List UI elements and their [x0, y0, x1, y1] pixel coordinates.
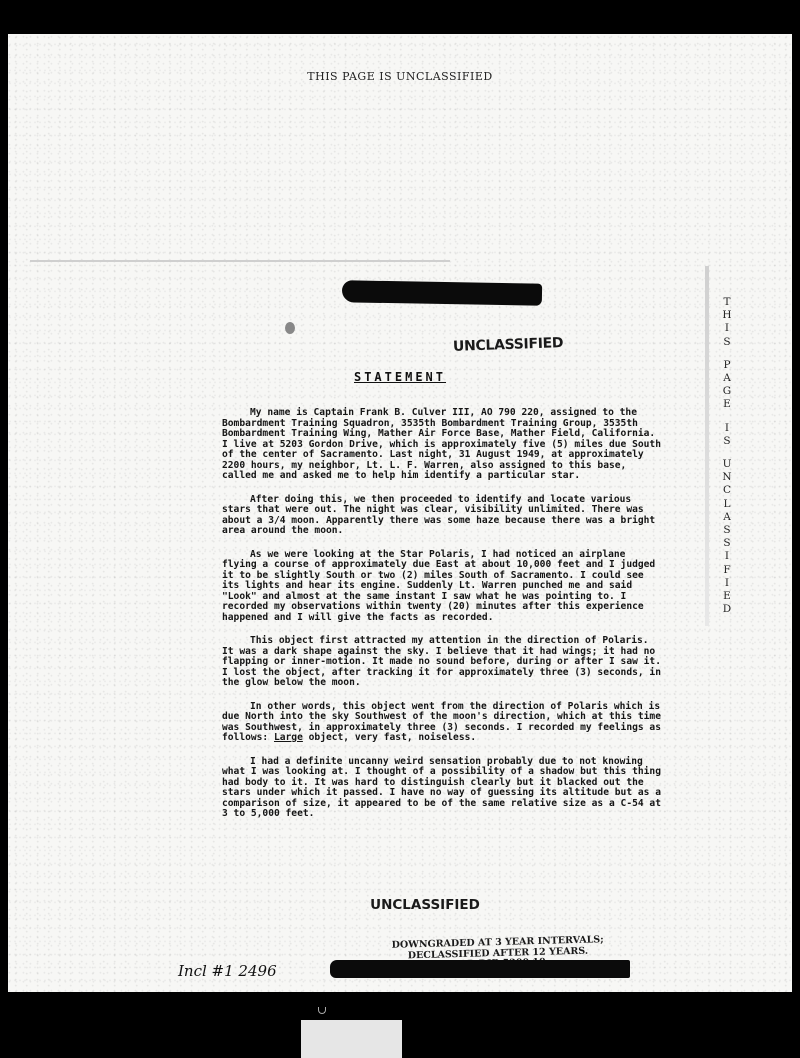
side-stamp-letter: F [720, 564, 734, 577]
side-stamp-letter: N [720, 471, 734, 484]
side-stamp-letter: I [720, 322, 734, 335]
side-stamp-letter: I [720, 550, 734, 563]
paragraph-5-underlined: Large [274, 732, 303, 743]
side-classification-stamp: THISPAGEISUNCLASSIFIED [720, 296, 734, 616]
paragraph-2: After doing this, we then proceeded to i… [222, 495, 662, 537]
paragraph-4: This object first attracted my attention… [222, 636, 662, 689]
redaction-bar-top [342, 280, 542, 305]
side-stamp-letter: I [720, 422, 734, 435]
paragraph-5: In other words, this object went from th… [222, 702, 662, 744]
side-stamp-letter: S [720, 435, 734, 448]
unclassified-stamp-bottom: UNCLASSIFIED [8, 897, 792, 913]
side-stamp-letter: G [720, 385, 734, 398]
statement-title: STATEMENT [8, 370, 792, 384]
side-stamp-letter: E [720, 398, 734, 411]
side-stamp-letter: L [720, 498, 734, 511]
document-page: THIS PAGE IS UNCLASSIFIED THISPAGEISUNCL… [8, 34, 792, 992]
paragraph-1: My name is Captain Frank B. Culver III, … [222, 408, 662, 482]
side-stamp-letter: A [720, 511, 734, 524]
side-stamp-letter: I [720, 577, 734, 590]
paragraph-5-after: object, very fast, noiseless. [303, 732, 476, 743]
side-stamp-letter: C [720, 484, 734, 497]
header-classification-stamp: THIS PAGE IS UNCLASSIFIED [8, 70, 792, 83]
film-mark [318, 1007, 326, 1014]
side-stamp-letter [720, 412, 734, 422]
side-stamp-letter: S [720, 524, 734, 537]
side-stamp-letter: S [720, 537, 734, 550]
redaction-bar-bottom [330, 960, 630, 978]
side-stamp-letter: E [720, 590, 734, 603]
side-stamp-letter [720, 349, 734, 359]
film-tab [301, 1020, 402, 1058]
paragraph-3: As we were looking at the Star Polaris, … [222, 550, 662, 624]
unclassified-stamp-top: UNCLASSIFIED [453, 335, 564, 355]
side-stamp-letter: D [720, 603, 734, 616]
side-stamp-letter: S [720, 336, 734, 349]
inner-page-edge [30, 260, 450, 262]
inner-page-edge-right [705, 266, 709, 626]
side-stamp-letter [720, 448, 734, 458]
handwritten-note: Incl #1 2496 [178, 962, 277, 980]
punch-hole [285, 322, 295, 334]
paragraph-6: I had a definite uncanny weird sensation… [222, 757, 662, 820]
side-stamp-letter: H [720, 309, 734, 322]
statement-body: My name is Captain Frank B. Culver III, … [222, 408, 662, 833]
side-stamp-letter: T [720, 296, 734, 309]
side-stamp-letter: U [720, 458, 734, 471]
